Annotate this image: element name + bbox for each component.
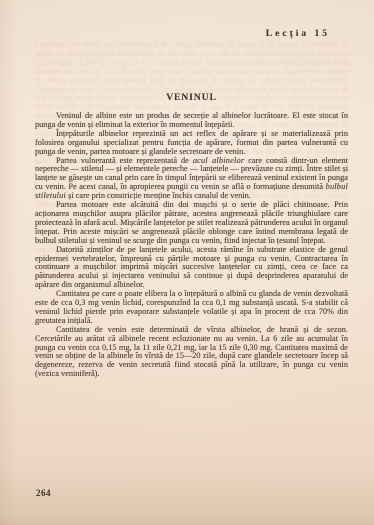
paragraph-vulnerant-part: Partea vulnerantă este reprezentată de a…	[35, 157, 348, 202]
paragraph-text: și care prin constricție menține închis …	[66, 191, 251, 200]
paragraph-venom-by-age: Cantitatea de venin este determinată de …	[35, 326, 348, 379]
paragraph-venom-quantity: Cantitatea pe care o poate elibera la o …	[35, 290, 348, 326]
paragraph-sting-reflex: Înțepăturile albinelor reprezintă un act…	[35, 130, 348, 157]
page-number: 264	[36, 488, 51, 498]
paragraph-barbs: Datorită zimților de pe lanțetele acului…	[35, 246, 348, 291]
lesson-header: Lecția 15	[266, 29, 330, 39]
body-text: Veninul de albine este un produs de secr…	[35, 112, 348, 379]
paragraph-intro: Veninul de albine este un produs de secr…	[35, 112, 348, 130]
book-page: Cantitatea de venin este determinată de …	[0, 0, 374, 525]
paragraph-motor-part: Partea motoare este alcătuită din doi mu…	[35, 201, 348, 246]
page-title: VENINUL	[35, 92, 348, 103]
